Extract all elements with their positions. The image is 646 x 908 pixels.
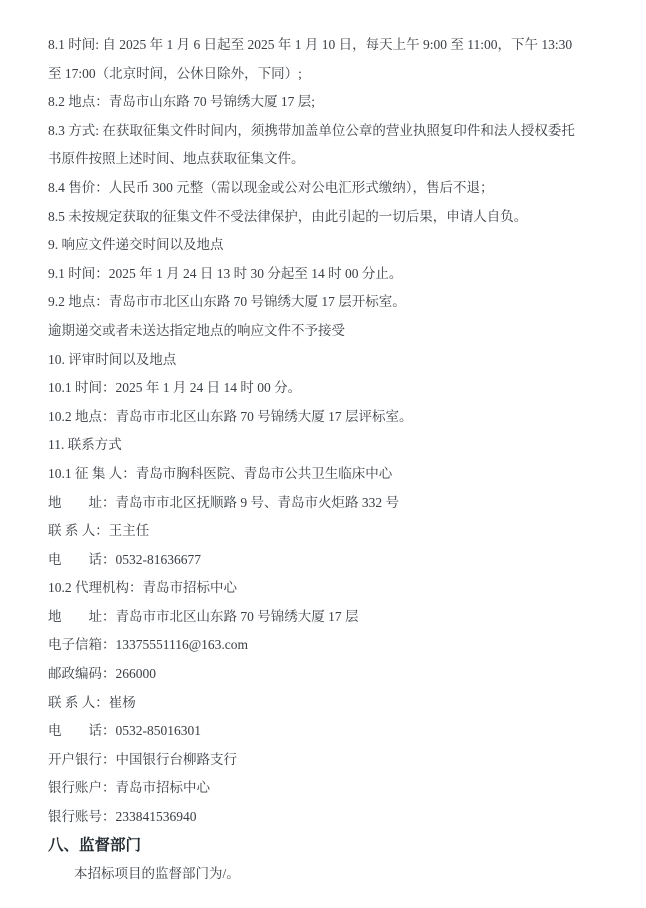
line-bank-account-name: 银行账户：青岛市招标中心 (48, 774, 606, 803)
line-agency-email: 电子信箱：13375551116@163.com (48, 631, 606, 660)
line-collector-name: 10.1 征 集 人：青岛市胸科医院、青岛市公共卫生临床中心 (48, 460, 606, 489)
line-supervision-department: 本招标项目的监督部门为/。 (48, 860, 606, 889)
line-bank-name: 开户银行：中国银行台柳路支行 (48, 746, 606, 775)
line-collector-contact-person: 联 系 人：王主任 (48, 517, 606, 546)
line-9-1-submission-time: 9.1 时间：2025 年 1 月 24 日 13 时 30 分起至 14 时 … (48, 260, 606, 289)
line-10-1-review-time: 10.1 时间：2025 年 1 月 24 日 14 时 00 分。 (48, 374, 606, 403)
line-late-submission-note: 逾期递交或者未送达指定地点的响应文件不予接受 (48, 317, 606, 346)
line-agency-contact-person: 联 系 人：崔杨 (48, 689, 606, 718)
line-11-contact-heading: 11. 联系方式 (48, 431, 606, 460)
line-10-review-heading: 10. 评审时间以及地点 (48, 346, 606, 375)
line-collector-phone: 电 话：0532-81636677 (48, 546, 606, 575)
line-10-2-review-location: 10.2 地点：青岛市市北区山东路 70 号锦绣大厦 17 层评标室。 (48, 403, 606, 432)
line-8-3-obtain-method: 8.3 方式: 在获取征集文件时间内，须携带加盖单位公章的营业执照复印件和法人授… (48, 117, 606, 146)
line-agency-address: 地 址：青岛市市北区山东路 70 号锦绣大厦 17 层 (48, 603, 606, 632)
line-8-3-obtain-method-continued: 书原件按照上述时间、地点获取征集文件。 (48, 145, 606, 174)
line-agency-postcode: 邮政编码：266000 (48, 660, 606, 689)
line-9-2-submission-location: 9.2 地点：青岛市市北区山东路 70 号锦绣大厦 17 层开标室。 (48, 288, 606, 317)
section-8-supervision-heading: 八、监督部门 (48, 832, 606, 861)
line-8-5-legal-notice: 8.5 未按规定获取的征集文件不受法律保护，由此引起的一切后果，申请人自负。 (48, 203, 606, 232)
line-agency-phone: 电 话：0532-85016301 (48, 717, 606, 746)
line-8-1-obtain-time-continued: 至 17:00（北京时间，公休日除外，下同）; (48, 60, 606, 89)
line-bank-account-number: 银行账号：233841536940 (48, 803, 606, 832)
document-page: 8.1 时间: 自 2025 年 1 月 6 日起至 2025 年 1 月 10… (0, 0, 646, 908)
line-8-1-obtain-time: 8.1 时间: 自 2025 年 1 月 6 日起至 2025 年 1 月 10… (48, 31, 606, 60)
line-8-4-price: 8.4 售价：人民币 300 元整（需以现金或公对公电汇形式缴纳），售后不退； (48, 174, 606, 203)
line-agency-name: 10.2 代理机构：青岛市招标中心 (48, 574, 606, 603)
line-9-submission-heading: 9. 响应文件递交时间以及地点 (48, 231, 606, 260)
line-collector-address: 地 址：青岛市市北区抚顺路 9 号、青岛市火炬路 332 号 (48, 489, 606, 518)
line-8-2-obtain-location: 8.2 地点：青岛市山东路 70 号锦绣大厦 17 层; (48, 88, 606, 117)
